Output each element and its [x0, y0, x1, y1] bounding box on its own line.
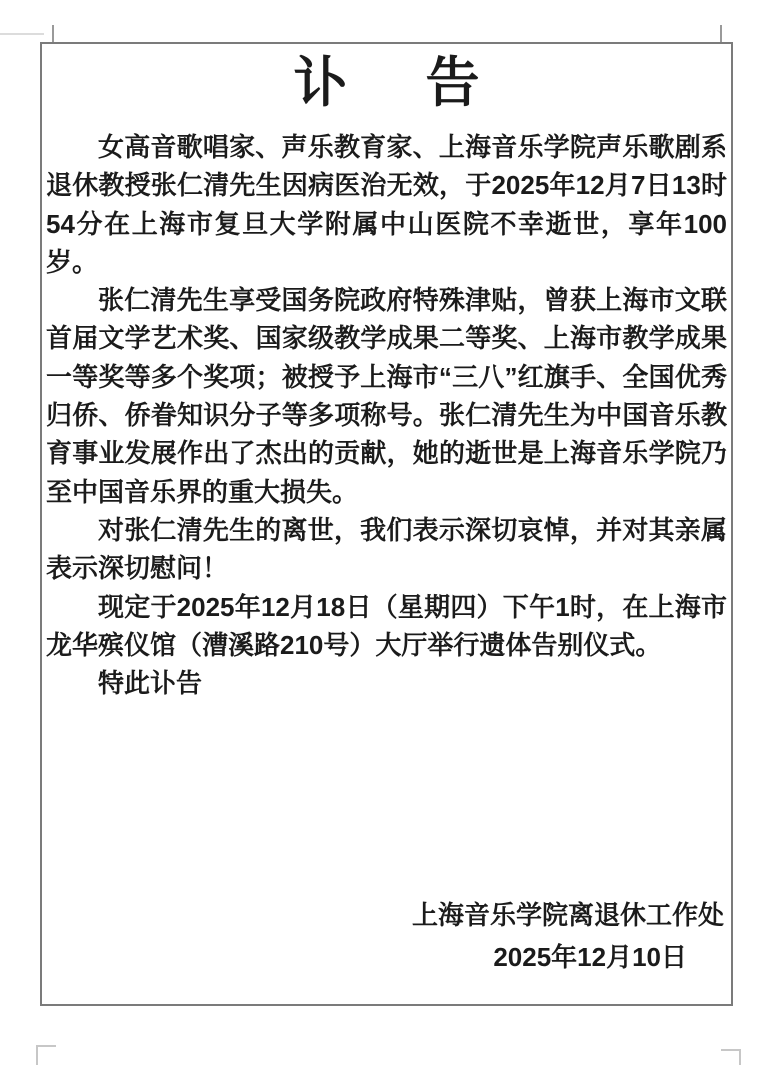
paragraph-condolences: 对张仁清先生的离世，我们表示深切哀悼，并对其亲属表示深切慰问！	[46, 511, 727, 588]
obituary-body: 女高音歌唱家、声乐教育家、上海音乐学院声乐歌剧系退休教授张仁清先生因病医治无效，…	[46, 128, 727, 702]
next-page-corner-mark-right-vertical	[739, 1049, 741, 1065]
paragraph-death-announcement: 女高音歌唱家、声乐教育家、上海音乐学院声乐歌剧系退休教授张仁清先生因病医治无效，…	[46, 128, 727, 281]
paragraph-achievements: 张仁清先生享受国务院政府特殊津贴，曾获上海市文联首届文学艺术奖、国家级教学成果二…	[46, 281, 727, 511]
scanned-paper-edge	[0, 33, 44, 35]
title-char-right: 告	[426, 53, 480, 113]
next-page-corner-mark-right	[721, 1049, 741, 1051]
crop-mark-top-right	[720, 25, 722, 43]
document-page-frame: 讣 告 女高音歌唱家、声乐教育家、上海音乐学院声乐歌剧系退休教授张仁清先生因病医…	[40, 42, 733, 1006]
paragraph-funeral-arrangement: 现定于2025年12月18日（星期四）下午1时，在上海市龙华殡仪馆（漕溪路210…	[46, 588, 727, 665]
document-viewer-canvas: { "document": { "title": "讣 告", "title_c…	[0, 0, 770, 1065]
paragraph-closing: 特此讣告	[46, 664, 727, 702]
signature-organization: 上海音乐学院离退休工作处	[46, 897, 727, 933]
title-char-left: 讣	[294, 53, 348, 113]
next-page-corner-mark-left	[36, 1045, 56, 1047]
blank-space	[46, 702, 727, 897]
signature-date: 2025年12月10日	[46, 939, 727, 975]
crop-mark-top-left	[52, 25, 54, 43]
next-page-corner-mark-left-vertical	[36, 1045, 38, 1065]
page-title: 讣 告	[46, 53, 727, 113]
